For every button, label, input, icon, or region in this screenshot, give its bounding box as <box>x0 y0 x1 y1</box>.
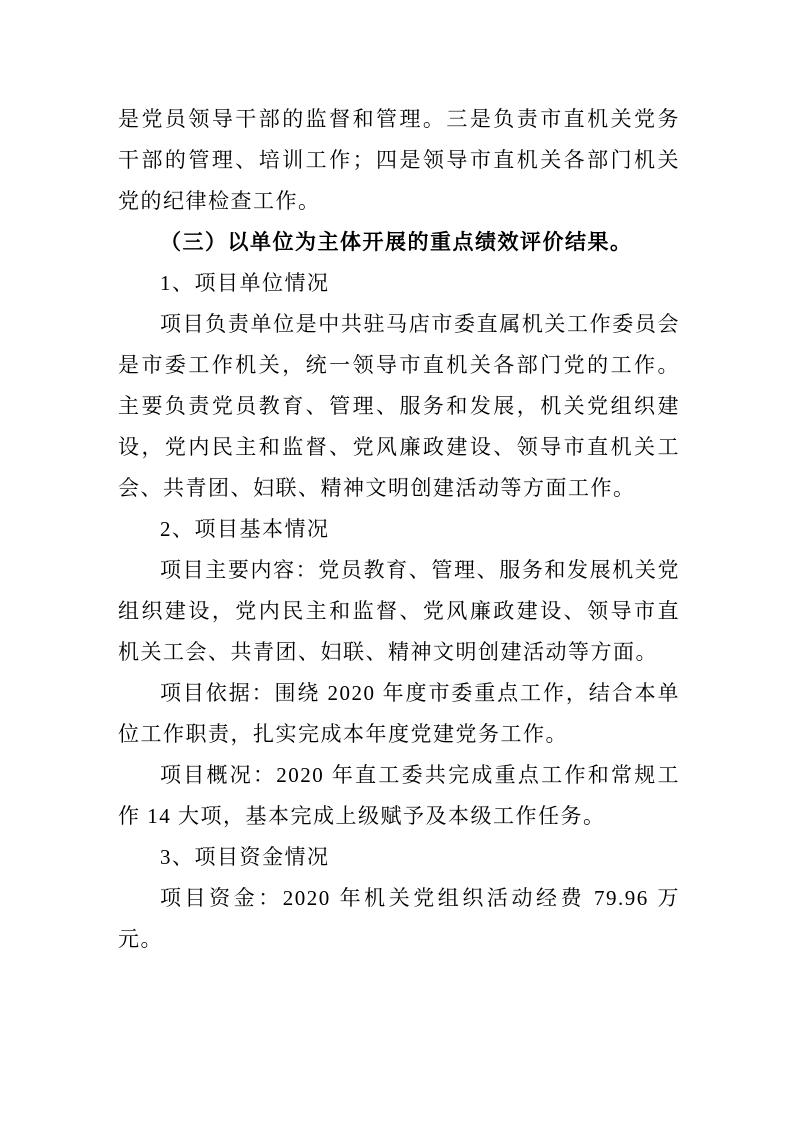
paragraph-project-funds-detail: 项目资金：2020 年机关党组织活动经费 79.96 万元。 <box>118 878 680 960</box>
paragraph-project-main-content: 项目主要内容：党员教育、管理、服务和发展机关党组织建设，党内民主和监督、党风廉政… <box>118 550 680 673</box>
section-heading: （三）以单位为主体开展的重点绩效评价结果。 <box>118 222 680 263</box>
subheading-project-funds: 3、项目资金情况 <box>118 837 680 878</box>
document-text-block: 是党员领导干部的监督和管理。三是负责市直机关党务干部的管理、培训工作；四是领导市… <box>118 99 680 960</box>
document-page: 是党员领导干部的监督和管理。三是负责市直机关党务干部的管理、培训工作；四是领导市… <box>0 0 793 1122</box>
paragraph-continuation: 是党员领导干部的监督和管理。三是负责市直机关党务干部的管理、培训工作；四是领导市… <box>118 99 680 222</box>
paragraph-project-basis: 项目依据：围绕 2020 年度市委重点工作，结合本单位工作职责，扎实完成本年度党… <box>118 673 680 755</box>
paragraph-project-unit-detail: 项目负责单位是中共驻马店市委直属机关工作委员会是市委工作机关，统一领导市直机关各… <box>118 304 680 509</box>
paragraph-project-overview: 项目概况：2020 年直工委共完成重点工作和常规工作 14 大项，基本完成上级赋… <box>118 755 680 837</box>
subheading-project-basic: 2、项目基本情况 <box>118 509 680 550</box>
subheading-project-unit: 1、项目单位情况 <box>118 263 680 304</box>
